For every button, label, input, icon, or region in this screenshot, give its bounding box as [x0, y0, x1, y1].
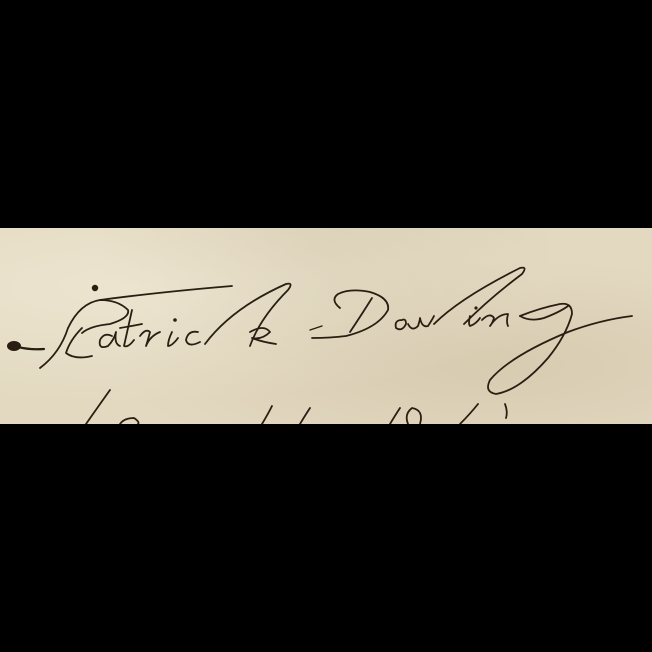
second-line-fragments — [86, 390, 507, 424]
word-dowling — [312, 268, 632, 394]
letterbox-bottom — [0, 424, 652, 652]
ink-blot — [7, 341, 21, 351]
manuscript-paper: Patrick Dowling — [0, 228, 652, 424]
word-patrick — [40, 284, 322, 368]
handwriting-strokes — [0, 228, 652, 424]
letterbox-top — [0, 0, 652, 228]
